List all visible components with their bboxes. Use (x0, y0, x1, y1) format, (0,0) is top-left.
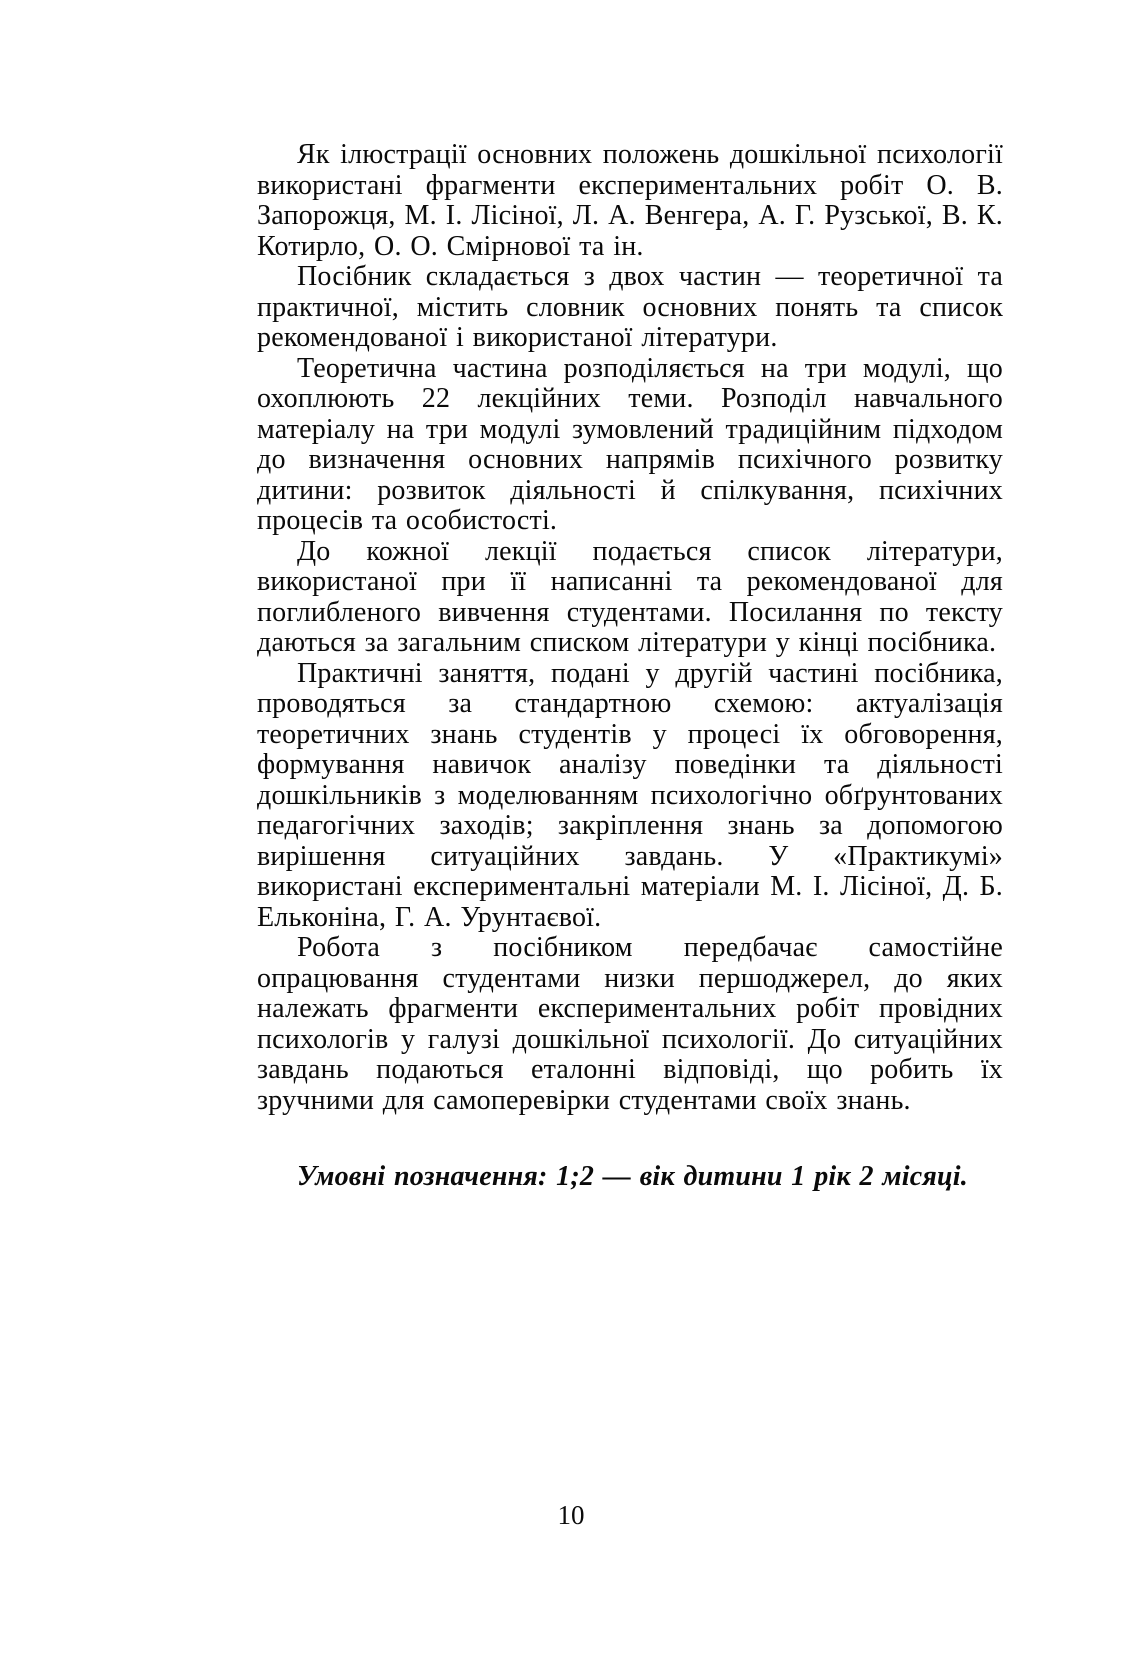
paragraph-intro-illustrations: Як ілюстрації основних положень дошкільн… (257, 140, 1003, 262)
paragraph-independent-work: Робота з посібником передбачає самостійн… (257, 933, 1003, 1116)
text-block: Як ілюстрації основних положень дошкільн… (257, 140, 1003, 1193)
paragraph-practical-classes: Практичні заняття, подані у другій части… (257, 659, 1003, 934)
legend-note: Умовні позначення: 1;2 — вік дитини 1 рі… (257, 1162, 1003, 1193)
document-page: Як ілюстрації основних положень дошкільн… (0, 0, 1142, 1653)
page-number: 10 (0, 1500, 1142, 1530)
paragraph-lecture-literature: До кожної лекції подається список літера… (257, 537, 1003, 659)
paragraph-theoretical-part: Теоретична частина розподіляється на три… (257, 354, 1003, 537)
paragraph-manual-structure: Посібник складається з двох частин — тео… (257, 262, 1003, 354)
